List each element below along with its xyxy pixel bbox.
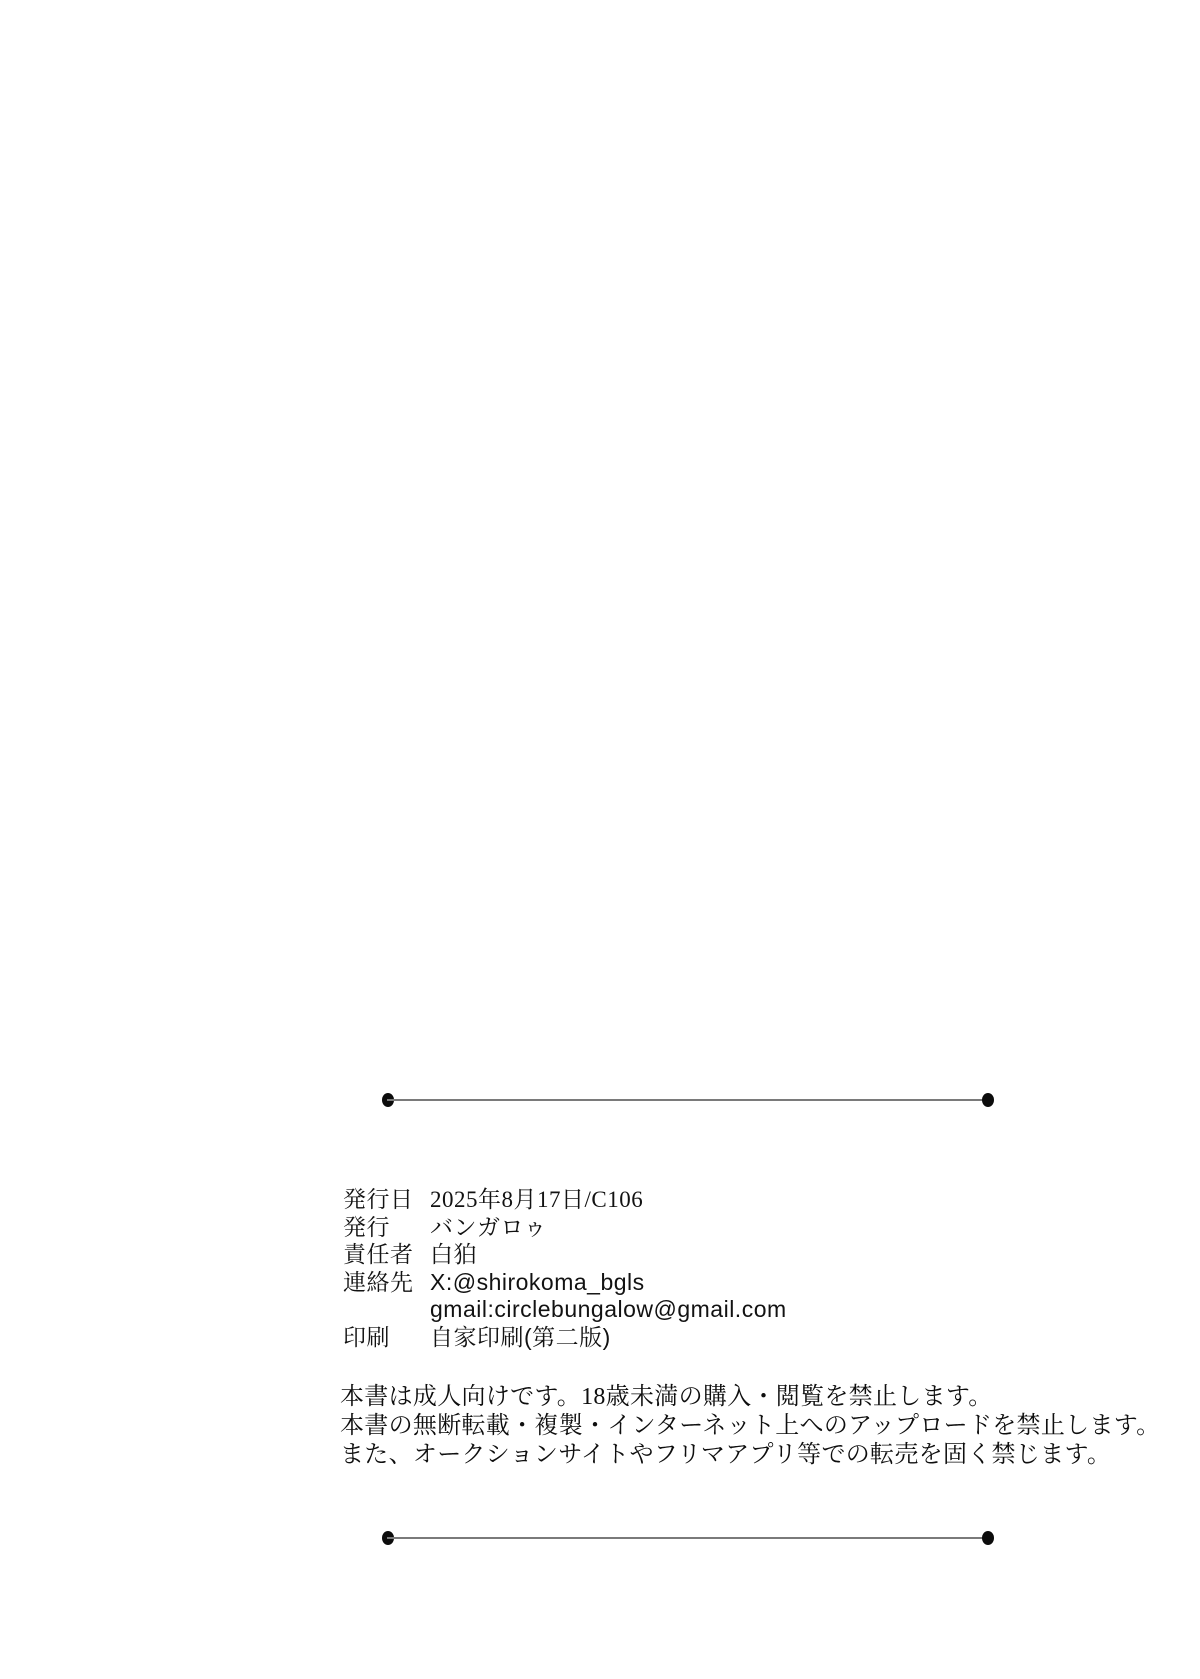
colophon-row-publisher: 発行 バンガロゥ bbox=[343, 1214, 787, 1242]
divider-bottom bbox=[382, 1531, 994, 1545]
colophon-row-publish-date: 発行日 2025年8月17日/C106 bbox=[343, 1186, 787, 1214]
publisher-value: バンガロゥ bbox=[430, 1214, 547, 1242]
divider-top-right-dot bbox=[982, 1093, 994, 1107]
disclaimer-block: 本書は成人向けです。18歳未満の購入・閲覧を禁止します。 本書の無断転載・複製・… bbox=[340, 1383, 1160, 1470]
disclaimer-line-no-reproduction: 本書の無断転載・複製・インターネット上へのアップロードを禁止します。 bbox=[340, 1412, 1160, 1441]
contact-label: 連絡先 bbox=[343, 1269, 430, 1297]
printing-label: 印刷 bbox=[343, 1324, 430, 1352]
disclaimer-line-no-resale: また、オークションサイトやフリマアプリ等での転売を固く禁じます。 bbox=[340, 1441, 1160, 1470]
responsible-label: 責任者 bbox=[343, 1241, 430, 1269]
divider-top-line bbox=[387, 1099, 989, 1101]
publish-date-label: 発行日 bbox=[343, 1186, 430, 1214]
publish-date-value: 2025年8月17日/C106 bbox=[430, 1186, 643, 1214]
contact-email: gmail:circlebungalow@gmail.com bbox=[430, 1296, 787, 1324]
colophon-block: 発行日 2025年8月17日/C106 発行 バンガロゥ 責任者 白狛 連絡先 … bbox=[343, 1186, 787, 1351]
contact-values: X:@shirokoma_bgls gmail:circlebungalow@g… bbox=[430, 1269, 787, 1324]
colophon-page: 発行日 2025年8月17日/C106 発行 バンガロゥ 責任者 白狛 連絡先 … bbox=[0, 0, 1200, 1679]
responsible-value: 白狛 bbox=[430, 1241, 477, 1269]
colophon-row-contact: 連絡先 X:@shirokoma_bgls gmail:circlebungal… bbox=[343, 1269, 787, 1324]
disclaimer-line-adult-only: 本書は成人向けです。18歳未満の購入・閲覧を禁止します。 bbox=[340, 1383, 1160, 1412]
divider-top bbox=[382, 1093, 994, 1107]
colophon-row-responsible: 責任者 白狛 bbox=[343, 1241, 787, 1269]
colophon-row-printing: 印刷 自家印刷(第二版) bbox=[343, 1324, 787, 1352]
contact-x-handle: X:@shirokoma_bgls bbox=[430, 1269, 787, 1297]
publisher-label: 発行 bbox=[343, 1214, 430, 1242]
divider-bottom-line bbox=[387, 1537, 989, 1539]
printing-value: 自家印刷(第二版) bbox=[430, 1324, 611, 1352]
divider-bottom-right-dot bbox=[982, 1531, 994, 1545]
